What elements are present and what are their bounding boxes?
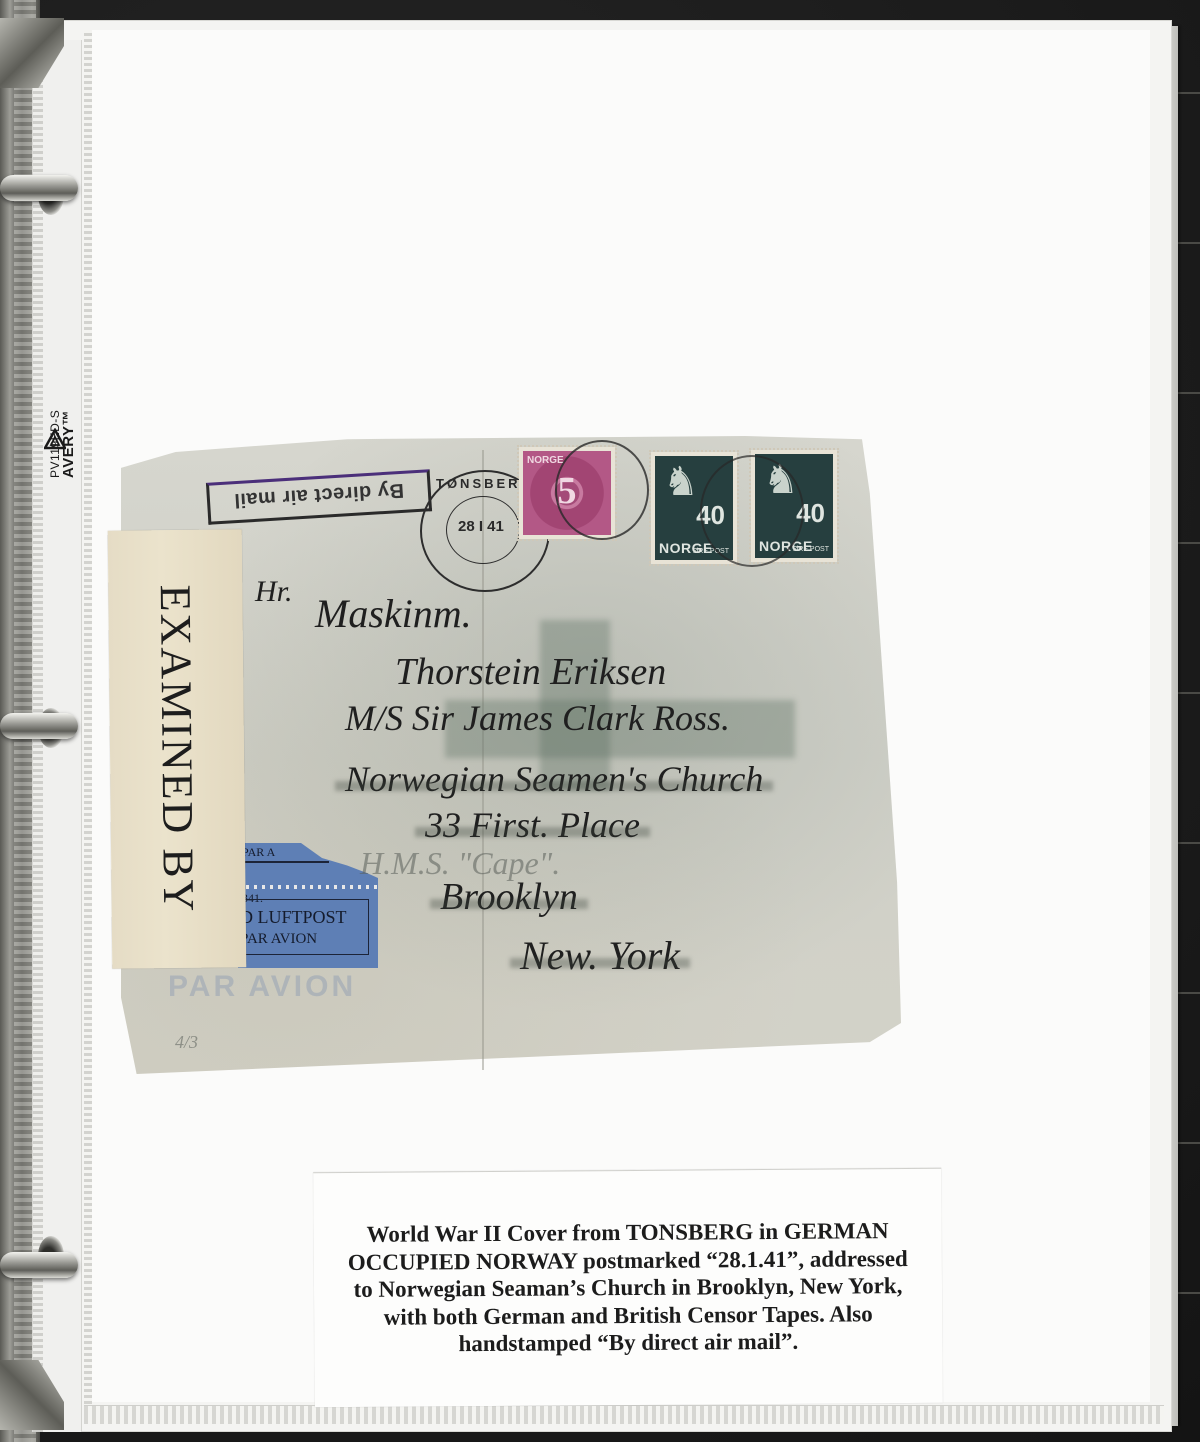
binder-ring-icon: [0, 1252, 78, 1278]
binder-ring-icon: [0, 713, 78, 739]
pocket-seam-bottom: [84, 1405, 1164, 1424]
address-salutation: Hr.: [255, 575, 293, 609]
caption-card: World War II Cover from TONSBERG in GERM…: [313, 1168, 943, 1407]
binder-ring-icon: [0, 175, 78, 201]
faint-par-avion-print: PAR AVION: [168, 970, 356, 1004]
postmark-date: 28 I 41: [458, 518, 504, 535]
avery-branding: PV119ED-S AVERY™: [40, 340, 80, 480]
address-city: Brooklyn: [440, 875, 578, 919]
address-name: Thorstein Eriksen: [395, 650, 666, 694]
british-censor-tape: EXAMINED BY: [108, 529, 247, 968]
avery-triangle-logo-icon: [44, 428, 66, 450]
caption-text: World War II Cover from TONSBERG in GERM…: [338, 1217, 919, 1359]
pencil-note: 4/3: [175, 1032, 198, 1053]
luftpost-text: D LUFTPOST: [240, 907, 347, 928]
postmark-circle: [700, 455, 804, 567]
address-street: 33 First. Place: [425, 804, 640, 846]
address-title: Maskinm.: [315, 590, 472, 637]
lion-icon: ♞: [663, 462, 699, 502]
par-avion-text: PAR AVION: [240, 931, 317, 948]
pocket-seam-left: [84, 30, 92, 1422]
postmark-circle: [555, 440, 649, 540]
address-church: Norwegian Seamen's Church: [345, 758, 763, 800]
address-ship: M/S Sir James Clark Ross.: [345, 697, 730, 739]
address-state: New. York: [520, 932, 680, 979]
